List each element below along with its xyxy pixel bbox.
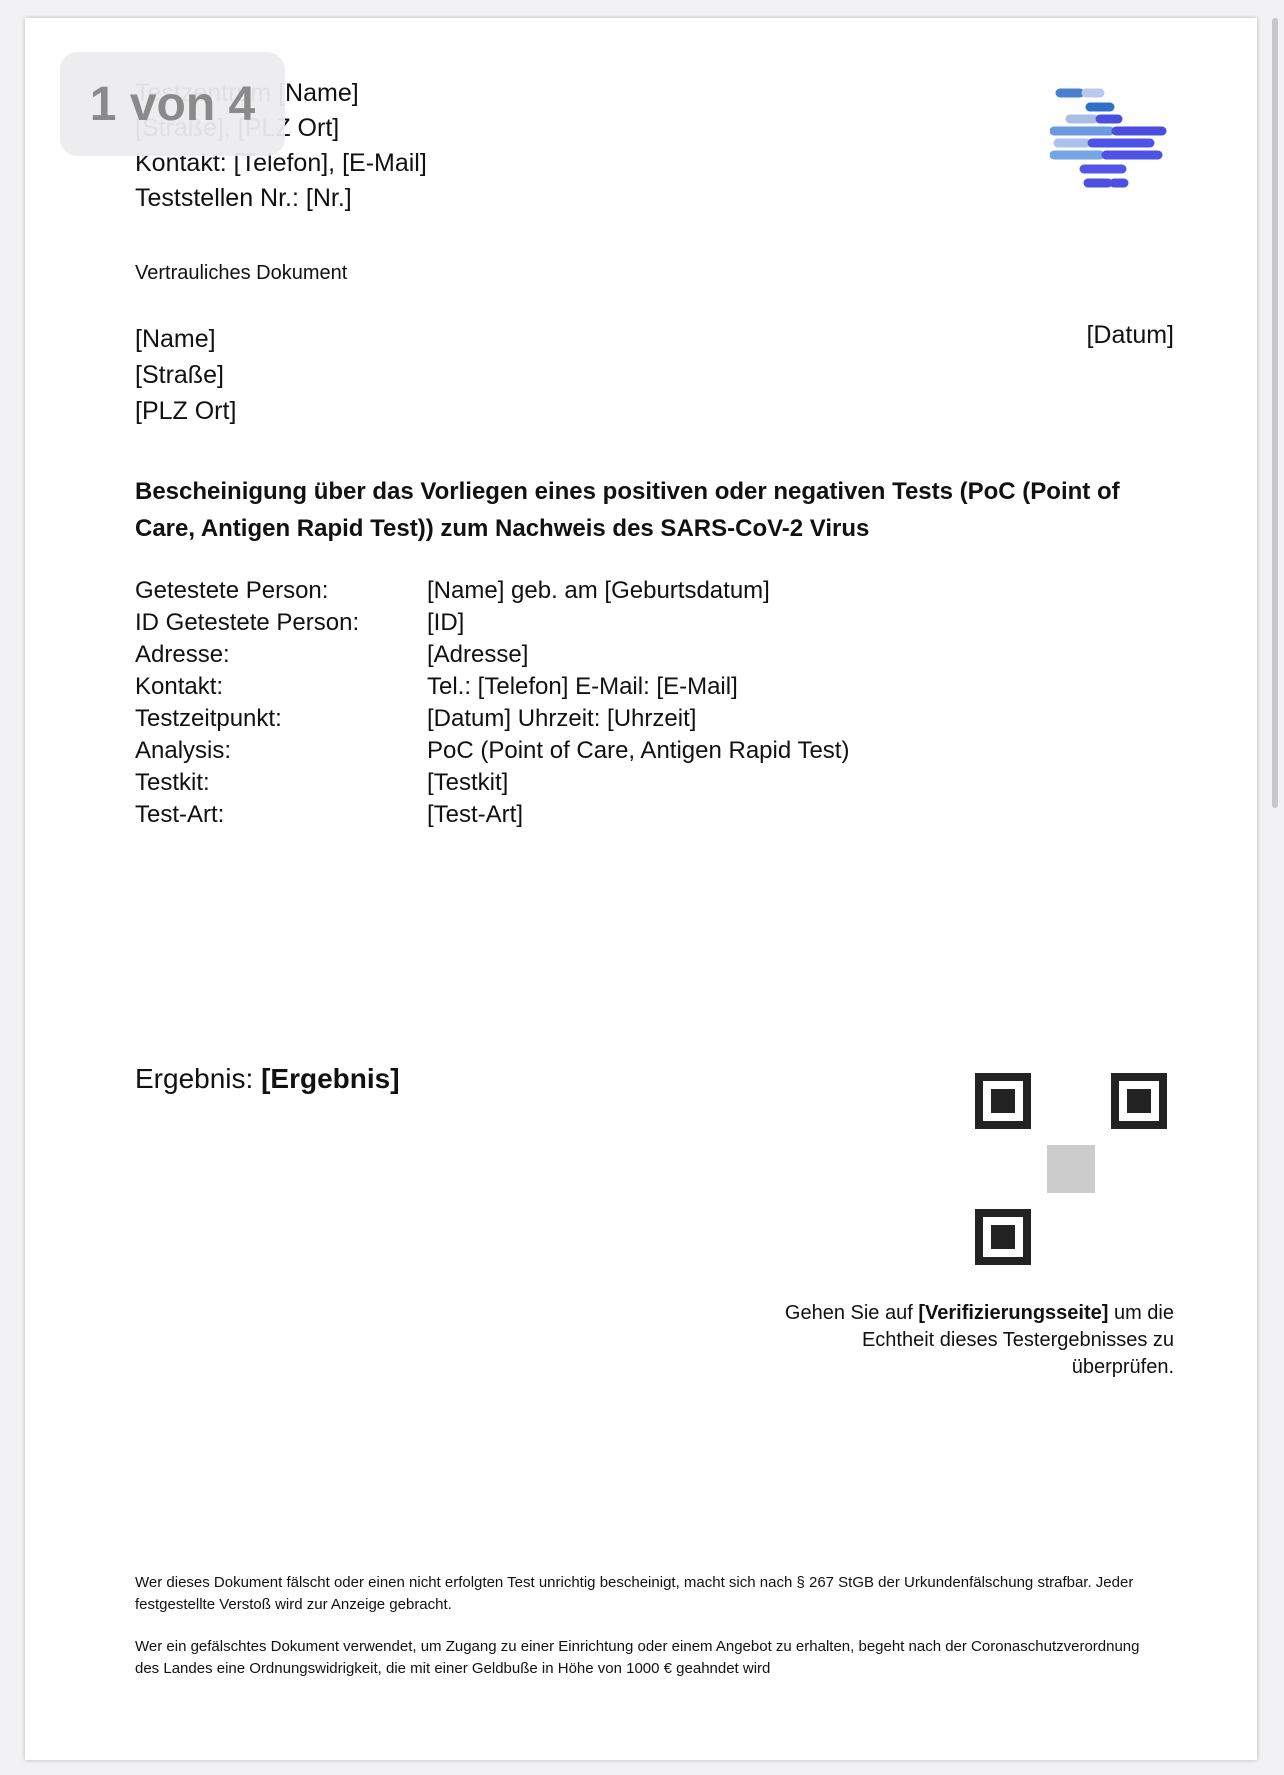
table-row: Test-Art:[Test-Art] <box>135 799 849 831</box>
table-row: Testkit:[Testkit] <box>135 767 849 799</box>
confidential-label: Vertrauliches Dokument <box>135 262 347 285</box>
sender-station: Teststellen Nr.: [Nr.] <box>135 181 427 216</box>
table-row: Getestete Person:[Name] geb. am [Geburts… <box>135 575 849 607</box>
scrollbar[interactable] <box>1272 18 1278 808</box>
table-row: Analysis:PoC (Point of Care, Antigen Rap… <box>135 735 849 767</box>
result-value: [Ergebnis] <box>261 1063 399 1094</box>
recipient-name: [Name] <box>135 321 236 357</box>
recipient-street: [Straße] <box>135 357 236 393</box>
result-label: Ergebnis: <box>135 1063 253 1094</box>
verification-note: Gehen Sie auf [Verifizierungsseite] um d… <box>774 1300 1174 1381</box>
page-indicator: 1 von 4 <box>60 52 285 156</box>
table-row: Testzeitpunkt:[Datum] Uhrzeit: [Uhrzeit] <box>135 703 849 735</box>
legal-notice: Wer dieses Dokument fälscht oder einen n… <box>135 1572 1155 1700</box>
verification-link[interactable]: [Verifizierungsseite] <box>918 1302 1108 1324</box>
organization-logo-icon <box>1050 85 1170 205</box>
table-row: ID Getestete Person:[ID] <box>135 607 849 639</box>
recipient-city: [PLZ Ort] <box>135 393 236 429</box>
document-date: [Datum] <box>1086 321 1174 350</box>
test-details-table: Getestete Person:[Name] geb. am [Geburts… <box>135 575 849 831</box>
recipient-address: [Name] [Straße] [PLZ Ort] <box>135 321 236 429</box>
test-result: Ergebnis: [Ergebnis] <box>135 1063 400 1095</box>
legal-paragraph: Wer ein gefälschtes Dokument verwendet, … <box>135 1636 1155 1680</box>
document-title: Bescheinigung über das Vorliegen eines p… <box>135 473 1175 547</box>
table-row: Adresse:[Adresse] <box>135 639 849 671</box>
qr-code-placeholder-icon <box>975 1073 1167 1265</box>
table-row: Kontakt:Tel.: [Telefon] E-Mail: [E-Mail] <box>135 671 849 703</box>
legal-paragraph: Wer dieses Dokument fälscht oder einen n… <box>135 1572 1155 1616</box>
